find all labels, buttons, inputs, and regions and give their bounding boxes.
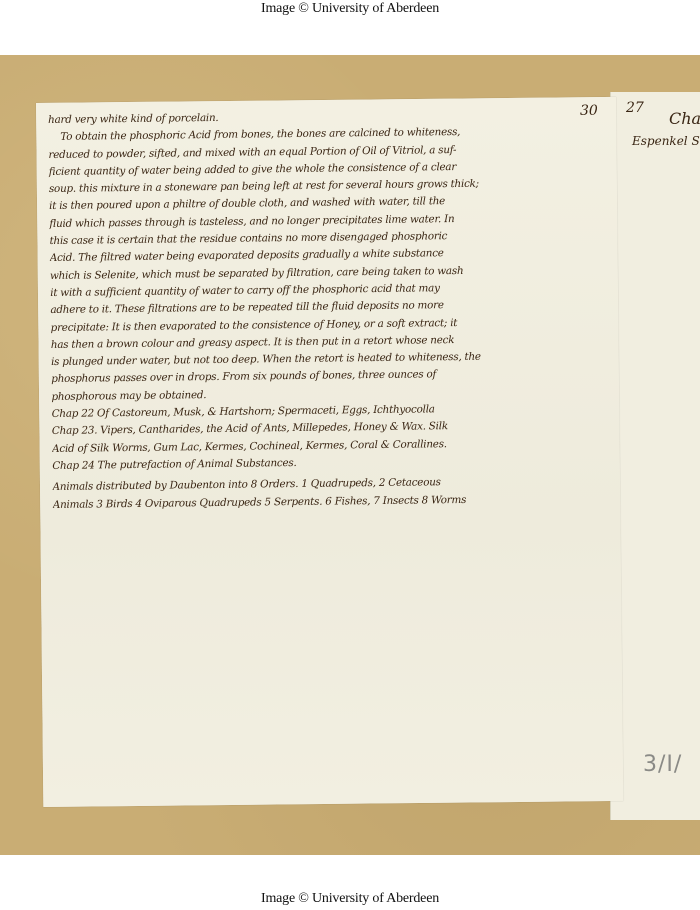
right-leaf-subheading: Espenkel Se [632,134,700,148]
page-number-right: 27 [626,100,644,116]
handwritten-text: hard very white kind of porcelain. To ob… [48,105,613,514]
image-credit-top: Image © University of Aberdeen [0,1,700,17]
right-manuscript-leaf [610,92,700,820]
right-leaf-heading: Chap [669,109,700,128]
shelfmark: 3/I/ [643,752,682,777]
image-credit-bottom: Image © University of Aberdeen [0,891,700,907]
